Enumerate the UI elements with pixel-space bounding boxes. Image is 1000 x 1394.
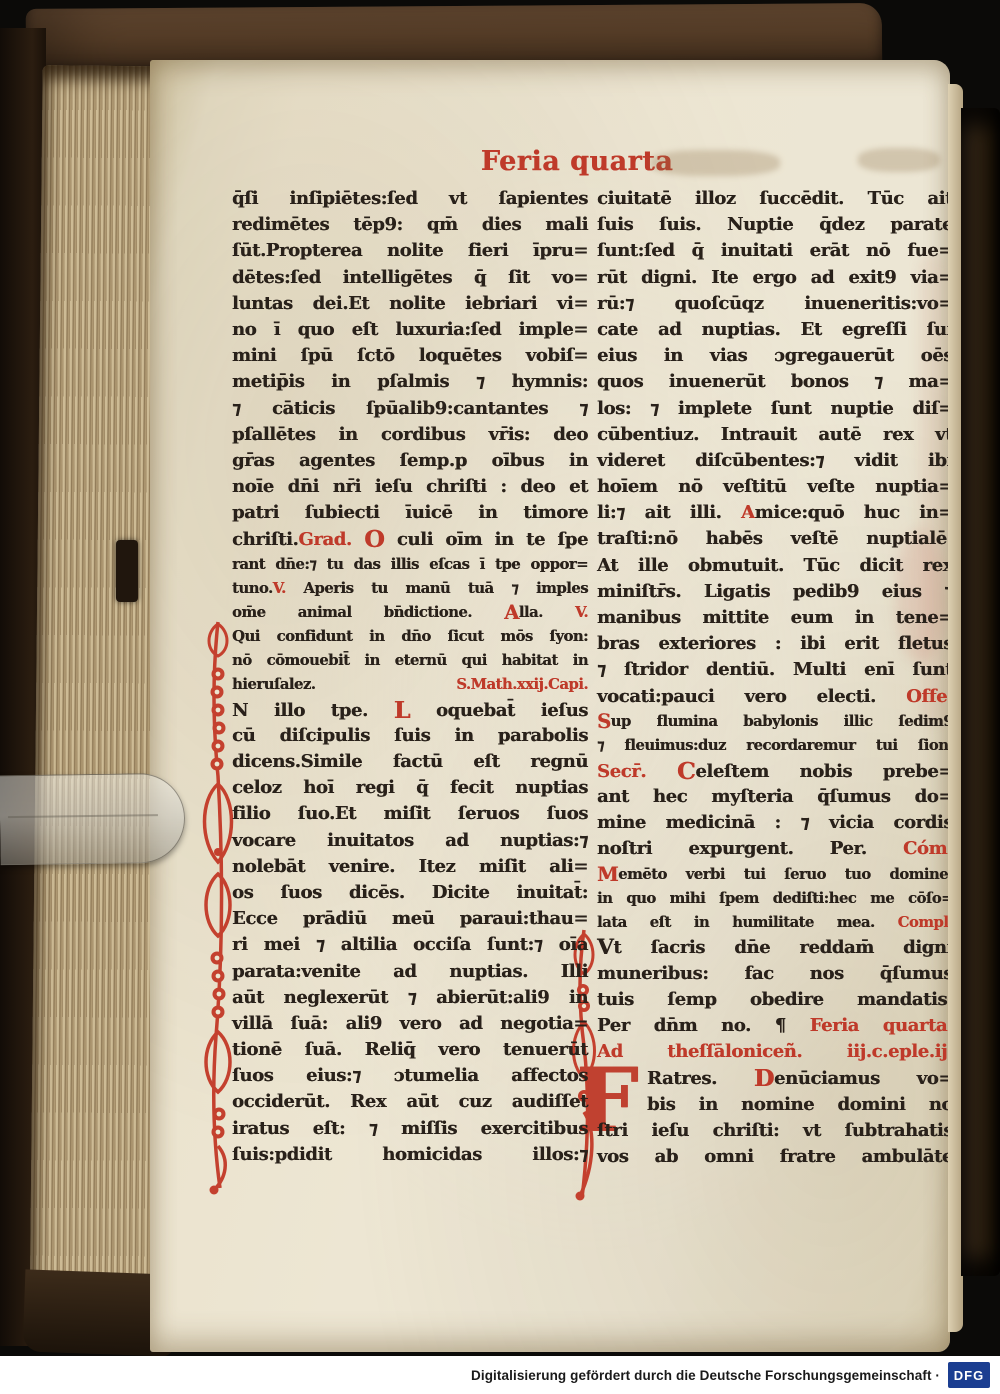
text-line: los: ⁊ implete ſunt nuptie diſ= bbox=[597, 396, 953, 422]
text-line: tuno.V. Aperis tu manū tuā ⁊ imples bbox=[232, 577, 588, 601]
text-line: metip̄is in pſalmis ⁊ hymnis: bbox=[232, 369, 588, 395]
text-line: vocati:pauci vero electi. Offe. bbox=[597, 684, 953, 710]
text-line: villā ſuā: ali9 vero ad negotia= bbox=[232, 1011, 588, 1037]
text-line: manibus mittite eum in tene= bbox=[597, 605, 953, 631]
text-line: ⁊ cāticis ſpūalib9:cantantes ⁊ bbox=[232, 396, 588, 422]
text-line: ſtri ieſu chriſti: vt ſubtrahatis bbox=[597, 1118, 953, 1144]
text-line: Vt ſacris dn̄e reddam̄ digni bbox=[597, 935, 953, 961]
text-line: ſuos eius:⁊ ɔtumelia affectos bbox=[232, 1063, 588, 1089]
text-line: cūbentiuz. Intrauit autē rex vt bbox=[597, 422, 953, 448]
text-line: gr̄as agentes ſemp.p oībus in bbox=[232, 448, 588, 474]
text-line: iratus eſt: ⁊ miſſis exercitibus bbox=[232, 1116, 588, 1142]
text-line: N illo tpe. L oquebat̄ ieſus bbox=[232, 697, 588, 723]
text-line: ⁊ fleuimus:duz recordaremur tui ſion. bbox=[597, 734, 953, 758]
text-line: celoz hoī regi q̄ fecit nuptias bbox=[232, 775, 588, 801]
text-line: filio ſuo.Et miſit ſeruos ſuos bbox=[232, 801, 588, 827]
text-line: hieruſalez. S.Math.xxij.Capi. bbox=[232, 673, 588, 697]
text-line: lata eſt in humilitate mea. Compl. bbox=[597, 911, 953, 935]
text-line: nolebāt venire. Itez miſit ali= bbox=[232, 854, 588, 880]
text-line: ant hec myſteria q̄ſumus do= bbox=[597, 784, 953, 810]
dfg-logo: DFG bbox=[948, 1362, 990, 1388]
text-line: tionē ſuā. Reliq̄ vero tenuerūt bbox=[232, 1037, 588, 1063]
text-line: hoīem nō veſtitū veſte nuptia= bbox=[597, 474, 953, 500]
text-line: ſuis:pdidit homicidas illos:⁊ bbox=[232, 1142, 588, 1168]
text-line: ri mei ⁊ altilia occiſa ſunt:⁊ oīa bbox=[232, 932, 588, 958]
text-line: q̄ſi inſipiētes:ſed vt ſapientes bbox=[232, 186, 588, 212]
text-line: ⁊ ſtridor dentiū. Multi enī ſunt bbox=[597, 657, 953, 683]
ink-showthrough bbox=[650, 150, 780, 176]
text-line: muneribus: fac nos q̄ſumus bbox=[597, 961, 953, 987]
text-line: noſtri expurgent. Per. Cóm. bbox=[597, 836, 953, 862]
text-line: dētes:ſed intelligētes q̄ ſit vo= bbox=[232, 265, 588, 291]
credit-text: Digitalisierung gefördert durch die Deut… bbox=[471, 1368, 940, 1383]
text-line: redimētes tēp9: qm̄ dies mali bbox=[232, 212, 588, 238]
text-line: cū diſcipulis ſuis in parabolis bbox=[232, 723, 588, 749]
text-line: quos inuenerūt bonos ⁊ ma= bbox=[597, 369, 953, 395]
text-line: tuis ſemp obedire mandatis. bbox=[597, 987, 953, 1013]
page-holder-clip bbox=[0, 773, 186, 866]
text-line: rūt digni. Ite ergo ad exit9 via= bbox=[597, 265, 953, 291]
text-line: om̄e animal bn̄dictione. Alla. V. bbox=[232, 601, 588, 625]
text-line: rant dn̄e:⁊ tu das illis eſcas ī tpe opp… bbox=[232, 553, 588, 577]
text-line: dicens.Simile factū eſt regnū bbox=[232, 749, 588, 775]
text-line: mine medicinā : ⁊ vicia cordis bbox=[597, 810, 953, 836]
text-line: nō cōmouebit̄ in eternū qui habitat in bbox=[232, 649, 588, 673]
text-line: traſti:nō habēs veſtē nuptialē: bbox=[597, 526, 953, 552]
book-photograph: Feria quarta bbox=[0, 0, 1000, 1394]
text-line: Sup flumina babylonis illic ſedim9 bbox=[597, 710, 953, 734]
text-line: ſuis ſuis. Nuptie q̄dez parate bbox=[597, 212, 953, 238]
text-line: Ad theſſāloniceñ. iij.c.eple.ij. bbox=[597, 1039, 953, 1065]
text-line: eius in vias ɔgregauerūt oēs bbox=[597, 343, 953, 369]
text-line: ſunt:ſed q̄ inuitati erāt nō fue= bbox=[597, 238, 953, 264]
text-line: Memēto verbi tui ſeruo tuo domine: bbox=[597, 863, 953, 887]
text-line: videret diſcūbentes:⁊ vidit ibi bbox=[597, 448, 953, 474]
text-line: no ī quo eſt luxuria:ſed imple= bbox=[232, 317, 588, 343]
text-line: vos ab omni fratre ambulāte bbox=[597, 1144, 953, 1170]
text-line: in quo mihi ſpem dediſti:hec me cōſo= bbox=[597, 887, 953, 911]
text-line: Ratres. Denūciamus vo= bbox=[597, 1065, 953, 1091]
text-line: Per dn̄m no. ¶ Feria quarta. bbox=[597, 1013, 953, 1039]
text-column-left: q̄ſi inſipiētes:ſed vt ſapientesredimēte… bbox=[232, 186, 588, 1168]
text-line: ſūt.Propterea nolite fieri īpru= bbox=[232, 238, 588, 264]
text-line: vocare inuitatos ad nuptias:⁊ bbox=[232, 828, 588, 854]
text-line: Secr̄. Celeſtem nobis prebe= bbox=[597, 758, 953, 784]
text-line: mini ſpū ſctō loquētes vobiſ= bbox=[232, 343, 588, 369]
text-line: parata:venite ad nuptias. Illi bbox=[232, 959, 588, 985]
text-line: bis in nomine domini no bbox=[597, 1092, 953, 1118]
text-line: chriſti.Grad. O culi oīm in te ſpe bbox=[232, 526, 588, 552]
text-line: os ſuos dicēs. Dicite inuitat̄: bbox=[232, 880, 588, 906]
text-line: occiderūt. Rex aūt cuz audiſſet bbox=[232, 1089, 588, 1115]
book-clasp bbox=[116, 540, 138, 602]
digitization-credit-bar: Digitalisierung gefördert durch die Deut… bbox=[0, 1356, 1000, 1394]
text-line: rū:⁊ quoſcūqz inueneritis:vo= bbox=[597, 291, 953, 317]
text-line: cate ad nuptias. Et egreſſi ſui bbox=[597, 317, 953, 343]
text-line: aūt neglexerūt ⁊ abierūt:ali9 in bbox=[232, 985, 588, 1011]
text-line: At ille obmutuit. Tūc dicit rex bbox=[597, 553, 953, 579]
text-column-right: ciuitatē illoz ſuccēdit. Tūc aitſuis ſui… bbox=[597, 186, 953, 1170]
text-line: luntas dei.Et nolite iebriari vi= bbox=[232, 291, 588, 317]
text-line: patri ſubiecti īuicē in timore bbox=[232, 500, 588, 526]
text-line: li:⁊ ait illi. Amice:quō huc in= bbox=[597, 500, 953, 526]
book-cover-right bbox=[961, 108, 1000, 1276]
text-line: Ecce prādiū meū paraui:thau= bbox=[232, 906, 588, 932]
text-line: Qui confidunt in dn̄o ſicut mōs ſyon: bbox=[232, 625, 588, 649]
text-line: pſallētes in cordibus vr̄is: deo bbox=[232, 422, 588, 448]
text-line: ciuitatē illoz ſuccēdit. Tūc ait bbox=[597, 186, 953, 212]
text-line: miniſtr̄s. Ligatis pedib9 eius ⁊ bbox=[597, 579, 953, 605]
manuscript-page: Feria quarta bbox=[150, 60, 950, 1352]
text-line: noīe dn̄i nr̄i ieſu chriſti : deo et bbox=[232, 474, 588, 500]
ink-showthrough bbox=[858, 148, 940, 172]
text-line: bras exteriores : ibi erit fletus bbox=[597, 631, 953, 657]
